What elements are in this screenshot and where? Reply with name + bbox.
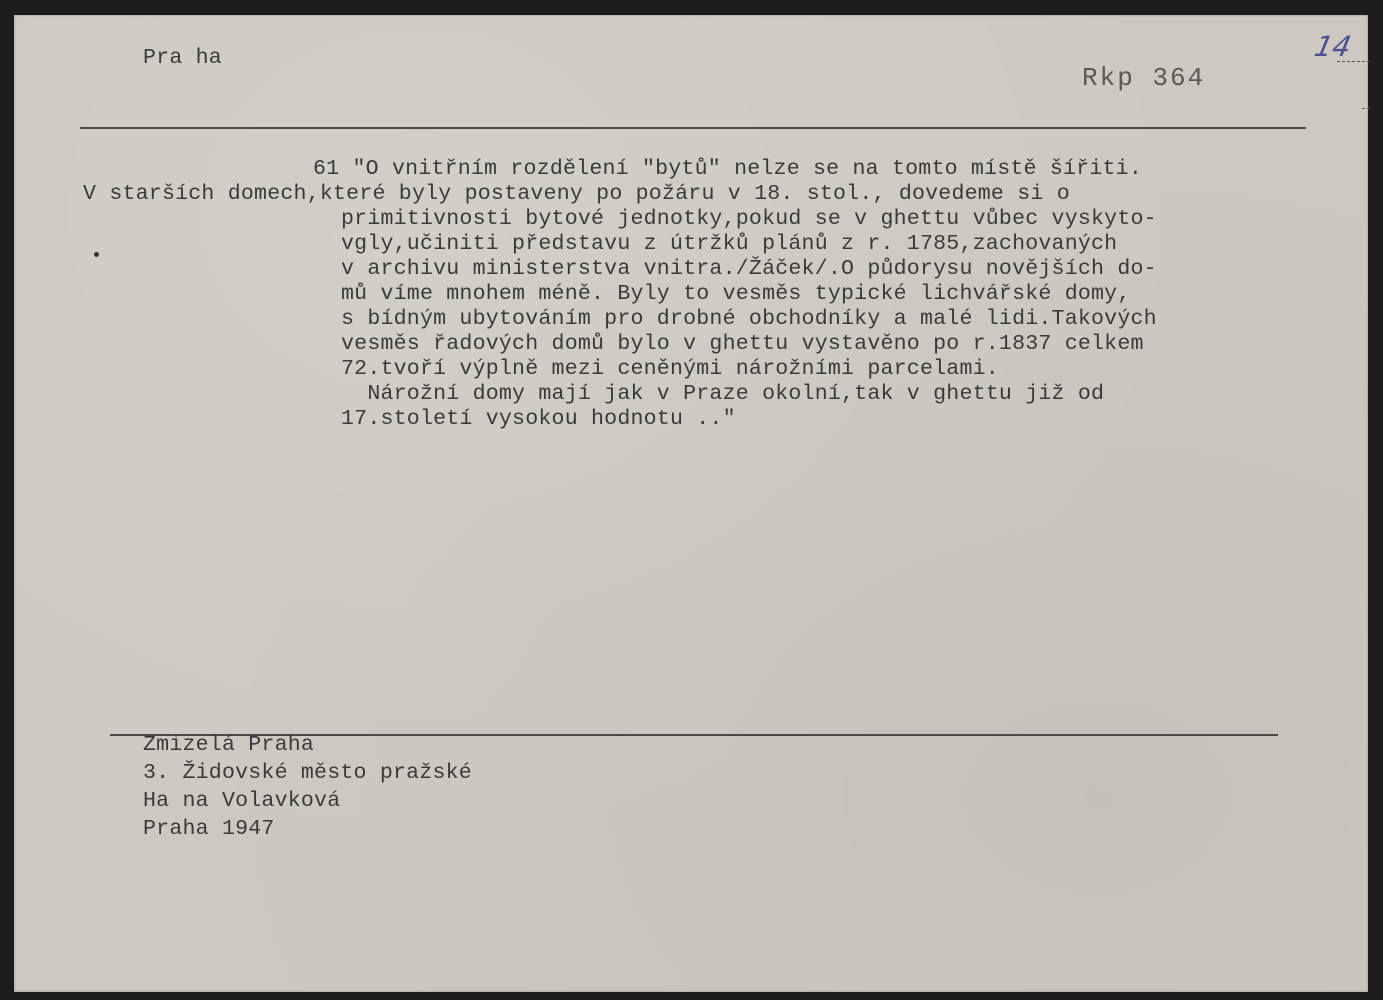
body-line: 17.století vysokou hodnotu ..": [341, 407, 736, 432]
handwritten-page-number: 14: [1311, 30, 1354, 63]
margin-tick: [1337, 61, 1370, 63]
source-line: Zmizelá Praha: [143, 733, 314, 758]
body-line: v archivu ministerstva vnitra./Žáček/.O …: [341, 257, 1157, 282]
body-line: 72.tvoří výplně mezi ceněnými nárožními …: [341, 357, 999, 382]
body-line: Nárožní domy mají jak v Praze okolní,tak…: [341, 382, 1104, 407]
body-line: mů víme mnohem méně. Byly to vesměs typi…: [341, 282, 1131, 307]
body-line: primitivnosti bytové jednotky,pokud se v…: [341, 207, 1157, 232]
manuscript-signature: Rkp 364: [1082, 66, 1205, 91]
body-line: vgly,učiniti představu z útržků plánů z …: [341, 232, 1117, 257]
header-rule: [80, 127, 1306, 129]
body-line: s bídným ubytováním pro drobné obchodník…: [341, 307, 1157, 332]
source-line: Ha na Volavková: [143, 789, 340, 814]
ink-dot: [94, 252, 99, 257]
source-line: Praha 1947: [143, 817, 275, 842]
place-heading: Pra ha: [143, 46, 222, 71]
body-line: V starších domech,které byly postaveny p…: [83, 182, 1070, 207]
margin-tick-2: [1362, 108, 1370, 110]
body-line: 61 "O vnitřním rozdělení "bytů" nelze se…: [313, 157, 1142, 182]
source-line: 3. Židovské město pražské: [143, 761, 472, 786]
body-line: vesměs řadových domů bylo v ghettu vysta…: [341, 332, 1144, 357]
